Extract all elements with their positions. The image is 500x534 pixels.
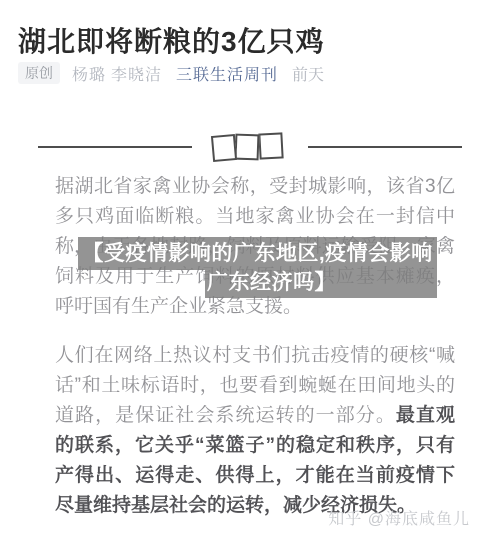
byline: 原创 杨璐 李晓洁 三联生活周刊 前天 (18, 60, 478, 86)
p2-line1: 人们在网络上热议村支书们抗击疫情的硬核“喊 (55, 341, 455, 371)
p2-line5: 产得出、运得走、供得上，才能在当前疫情下 (55, 461, 455, 491)
pasted-caption-overlay: 【受疫情影响的广东地区,疫情会影响 广东经济吗】 (78, 237, 437, 298)
publish-time: 前天 (292, 62, 324, 85)
p1-line2: 多只鸡面临断粮。当地家禽业协会在一封信中 (55, 202, 455, 232)
original-badge: 原创 (18, 62, 60, 84)
account-link[interactable]: 三联生活周刊 (176, 62, 278, 85)
p2-line2: 话”和土味标语时，也要看到蜿蜒在田间地头的 (55, 371, 455, 401)
zhihu-watermark: 知乎 @海底咸鱼儿 (328, 506, 470, 529)
divider-line-left (38, 146, 192, 148)
overlay-text-line2: 广东经济吗】 (205, 270, 437, 298)
p2-line4: 的联系，它关乎“菜篮子”的稳定和秩序，只有 (55, 431, 455, 461)
p2-line3: 道路，是保证社会系统运转的一部分。最直观 (55, 401, 455, 431)
p1-line1: 据湖北省家禽业协会称，受封城影响，该省3亿 (55, 172, 455, 202)
paragraph-2: 人们在网络上热议村支书们抗击疫情的硬核“喊 话”和土味标语时，也要看到蜿蜒在田间… (55, 341, 455, 521)
divider-squares-icon (212, 132, 298, 166)
article-title: 湖北即将断粮的3亿只鸡 (18, 25, 478, 59)
author-names: 杨璐 李晓洁 (72, 62, 162, 85)
divider-line-right (308, 146, 462, 148)
overlay-text-line1: 【受疫情影响的广东地区,疫情会影响 (78, 237, 437, 270)
p2-line3-bold: 最直观 (396, 405, 455, 426)
